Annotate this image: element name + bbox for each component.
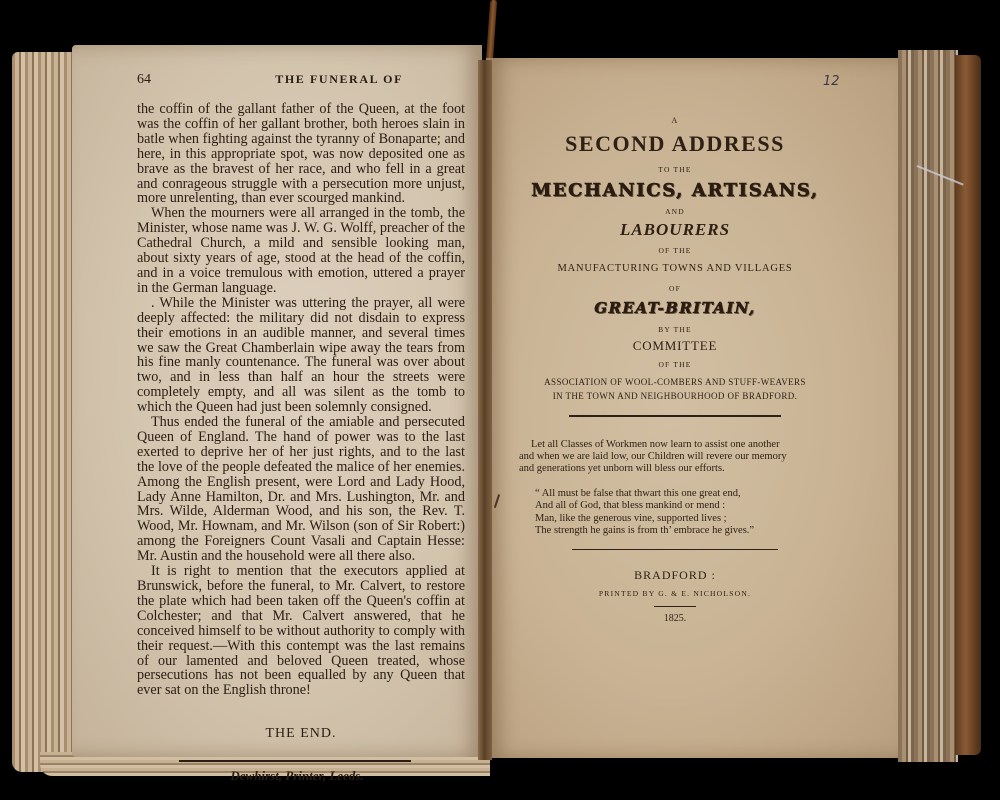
divider-rule xyxy=(572,549,778,551)
title-connector: AND xyxy=(505,207,845,216)
title-connector: BY THE xyxy=(505,325,845,334)
association-line: IN THE TOWN AND NEIGHBOURHOOD OF BRADFOR… xyxy=(505,389,845,403)
bookmark-ribbon xyxy=(486,0,497,62)
page-header: 64 THE FUNERAL OF xyxy=(137,72,465,94)
left-page-text: 64 THE FUNERAL OF the coffin of the gall… xyxy=(137,72,465,784)
title-labourers: LABOURERS xyxy=(505,220,845,240)
title-manufacturing: MANUFACTURING TOWNS AND VILLAGES xyxy=(505,263,845,274)
title-page: 12 A SECOND ADDRESS TO THE MECHANICS, AR… xyxy=(505,82,845,624)
short-rule xyxy=(654,606,696,607)
motto-line: and when we are laid low, our Children w… xyxy=(519,451,845,463)
title-committee: COMMITTEE xyxy=(505,338,845,354)
right-page-block-edges xyxy=(898,50,958,762)
the-end: THE END. xyxy=(137,726,465,742)
folio-annotation: 12 xyxy=(823,74,840,89)
title-mechanics: MECHANICS, ARTISANS, xyxy=(505,180,845,201)
page-number: 64 xyxy=(137,72,151,94)
imprint-place: BRADFORD : xyxy=(505,568,845,583)
body-text: the coffin of the gallant father of the … xyxy=(137,102,465,698)
title-article: A xyxy=(505,116,845,125)
paragraph: When the mourners were all arranged in t… xyxy=(137,206,465,295)
title-connector: OF xyxy=(505,284,845,293)
motto-line: Let all Classes of Workmen now learn to … xyxy=(519,439,845,451)
book-cover-edge xyxy=(955,55,981,755)
book-gutter xyxy=(478,60,492,760)
motto: Let all Classes of Workmen now learn to … xyxy=(505,439,845,476)
verse-quote: “ All must be false that thwart this one… xyxy=(505,488,845,537)
imprint-year: 1825. xyxy=(505,613,845,624)
running-head: THE FUNERAL OF xyxy=(275,72,403,94)
verse-line: And all of God, that bless mankind or me… xyxy=(535,500,845,512)
divider-rule xyxy=(179,760,411,762)
verse-line: “ All must be false that thwart this one… xyxy=(535,488,845,500)
paragraph: Thus ended the funeral of the amiable an… xyxy=(137,415,465,564)
paragraph: . While the Minister was uttering the pr… xyxy=(137,296,465,415)
paragraph: It is right to mention that the executor… xyxy=(137,564,465,698)
paragraph: the coffin of the gallant father of the … xyxy=(137,102,465,206)
verse-line: Man, like the generous vine, supported l… xyxy=(535,513,845,525)
printer-colophon: Dewhirst, Printer, Leeds. xyxy=(137,768,465,784)
verse-line: The strength he gains is from th’ embrac… xyxy=(535,525,845,537)
main-title: SECOND ADDRESS xyxy=(505,131,845,157)
title-great-britain: GREAT-BRITAIN, xyxy=(505,299,845,317)
title-connector: OF THE xyxy=(505,360,845,369)
association-line: ASSOCIATION OF WOOL-COMBERS AND STUFF-WE… xyxy=(505,375,845,389)
title-connector: OF THE xyxy=(505,246,845,255)
title-association: ASSOCIATION OF WOOL-COMBERS AND STUFF-WE… xyxy=(505,375,845,403)
motto-line: and generations yet unborn will bless ou… xyxy=(519,463,845,475)
divider-rule xyxy=(569,415,781,417)
imprint-printer: PRINTED BY G. & E. NICHOLSON. xyxy=(505,589,845,598)
title-connector: TO THE xyxy=(505,165,845,174)
left-page-block-edges xyxy=(12,52,80,772)
